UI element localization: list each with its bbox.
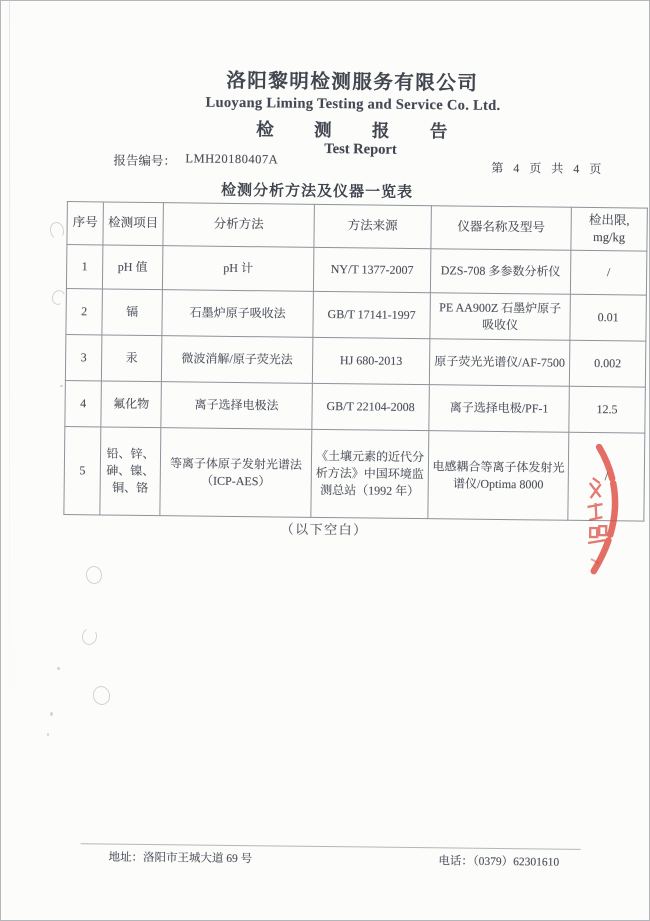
- cell-r3-analysis-method: 微波消解/原子荧光法: [161, 336, 313, 384]
- cell-r3-detection-limit: 0.002: [569, 340, 646, 387]
- cell-r5-index: 5: [64, 427, 101, 515]
- scan-speck: [60, 385, 63, 387]
- report-no-label: 报告编号：: [113, 151, 176, 170]
- col-header-analysis-method: 分析方法: [163, 203, 314, 248]
- table-row: 1 pH 值 pH 计 NY/T 1377-2007 DZS-708 多参数分析…: [66, 245, 646, 296]
- methods-instruments-table: 序号 检测项目 分析方法 方法来源 仪器名称及型号 检出限, mg/kg 1 p…: [63, 201, 648, 522]
- col-header-index: 序号: [67, 202, 103, 245]
- table-header-row: 序号 检测项目 分析方法 方法来源 仪器名称及型号 检出限, mg/kg: [67, 202, 647, 252]
- table-row: 5 铅、锌、砷、镍、铜、铬 等离子体原子发射光谱法 （ICP-AES） 《土壤元…: [64, 427, 645, 522]
- cell-r2-index: 2: [66, 289, 103, 335]
- cell-r4-detection-limit: 12.5: [569, 386, 646, 433]
- table-row: 4 氟化物 离子选择电极法 GB/T 22104-2008 离子选择电极/PF-…: [65, 381, 645, 434]
- col-header-test-item: 检测项目: [103, 202, 163, 246]
- address-label: 地址：: [108, 852, 143, 864]
- footer-phone: 电话：（0379）62301610: [438, 852, 559, 869]
- phone-label: 电话：: [438, 855, 473, 867]
- cell-r3-index: 3: [65, 335, 102, 381]
- scan-content: 洛阳黎明检测服务有限公司 Luoyang Liming Testing and …: [0, 0, 650, 921]
- company-name-cn: 洛阳黎明检测服务有限公司: [27, 63, 650, 98]
- cell-r3-instrument: 原子荧光光谱仪/AF-7500: [429, 339, 570, 387]
- cell-r1-instrument: DZS-708 多参数分析仪: [430, 249, 570, 295]
- scan-speck: [47, 733, 49, 736]
- cell-r5-test-item: 铅、锌、砷、镍、铜、铬: [100, 427, 161, 516]
- cell-r4-method-source: GB/T 22104-2008: [312, 383, 430, 430]
- address-value: 洛阳市王城大道 69 号: [143, 852, 252, 865]
- cell-r2-test-item: 镉: [102, 289, 163, 336]
- cell-r3-test-item: 汞: [101, 335, 162, 382]
- table-row: 3 汞 微波消解/原子荧光法 HJ 680-2013 原子荧光光谱仪/AF-75…: [65, 335, 645, 388]
- col-header-instrument: 仪器名称及型号: [431, 206, 571, 251]
- col-header-method-source: 方法来源: [314, 204, 431, 248]
- cell-r1-analysis-method: pH 计: [162, 246, 313, 292]
- scanned-report-page: 洛阳黎明检测服务有限公司 Luoyang Liming Testing and …: [0, 0, 650, 921]
- cell-r1-detection-limit: /: [570, 250, 646, 295]
- cell-r1-index: 1: [66, 245, 102, 289]
- report-no-value: LMH20180407A: [185, 151, 278, 167]
- cell-r1-test-item: pH 值: [102, 245, 162, 290]
- col-header-detection-limit: 检出限, mg/kg: [571, 207, 647, 251]
- table-row: 2 镉 石墨炉原子吸收法 GB/T 17141-1997 PE AA900Z 石…: [66, 289, 646, 342]
- cell-r5-detection-limit: /: [568, 432, 645, 521]
- cell-r1-method-source: NY/T 1377-2007: [313, 247, 430, 292]
- page-number-info: 第 4 页 共 4 页: [491, 159, 605, 177]
- cell-r5-instrument: 电感耦合等离子体发射光谱仪/Optima 8000: [428, 431, 569, 521]
- scan-crease-line: [9, 0, 10, 921]
- cell-r4-instrument: 离子选择电极/PF-1: [429, 385, 570, 433]
- cell-r2-analysis-method: 石墨炉原子吸收法: [162, 290, 314, 338]
- cell-r4-analysis-method: 离子选择电极法: [161, 382, 313, 430]
- phone-value: （0379）62301610: [473, 856, 559, 869]
- cell-r4-index: 4: [65, 381, 102, 427]
- cell-r5-method-source: 《土壤元素的近代分析方法》中国环境监测总站（1992 年）: [311, 429, 429, 518]
- cell-r3-method-source: HJ 680-2013: [312, 337, 430, 384]
- footer-address: 地址：洛阳市王城大道 69 号: [108, 849, 252, 867]
- cell-r4-test-item: 氟化物: [101, 381, 162, 428]
- cell-r5-analysis-method: 等离子体原子发射光谱法 （ICP-AES）: [160, 428, 312, 518]
- cell-r2-method-source: GB/T 17141-1997: [313, 291, 431, 338]
- scan-speck: [57, 667, 60, 670]
- scan-speck: [50, 712, 53, 716]
- cell-r2-instrument: PE AA900Z 石墨炉原子吸收仪: [430, 293, 571, 341]
- table-title: 检测分析方法及仪器一览表: [0, 176, 642, 204]
- cell-r2-detection-limit: 0.01: [570, 294, 647, 341]
